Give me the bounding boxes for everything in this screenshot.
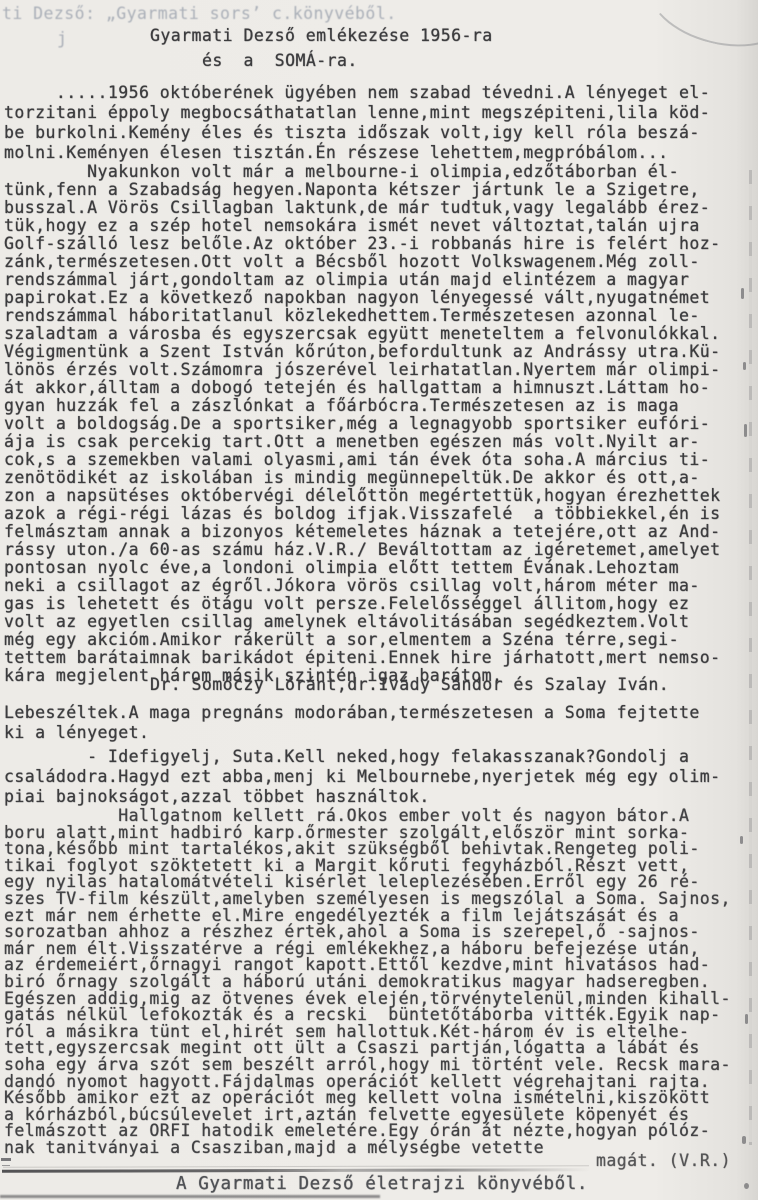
paragraph-soma-story: Hallgatnom kellett rá.Okos ember volt és…: [4, 808, 731, 1156]
paragraph-intro: .....1956 októberének ügyében nem szabad…: [4, 83, 710, 163]
bottom-edge-streak: [0, 1195, 380, 1198]
document-title-line2: és a SOMÁ-ra.: [202, 52, 358, 70]
right-margin-mark: [740, 836, 743, 844]
names-line: Dr. Somóczy Lóránt,dr.Ivády Sándor és Sz…: [150, 676, 669, 694]
right-margin-mark: [745, 1014, 748, 1024]
right-margin-mark: [742, 1136, 746, 1144]
typewritten-document-page: ti Dezső: „Gyarmati sors’ c.könyvéből. j…: [0, 0, 758, 1200]
right-margin-mark: [744, 424, 747, 437]
stray-typed-mark: j: [57, 30, 67, 48]
right-margin-mark: [744, 1183, 749, 1189]
right-margin-mark: [741, 288, 744, 299]
bottom-left-scan-mark: [1, 1158, 11, 1161]
pencil-underline-artifact: [2, 1168, 590, 1173]
document-title-line1: Gyarmati Dezső emlékezése 1956-ra: [150, 27, 493, 45]
paragraph-olympia-1956: Nyakunkon volt már a melbourne-i olimpia…: [4, 163, 721, 685]
offset-line-ending-initials: magát. (V.R.): [596, 1152, 731, 1170]
paragraph-lebeszeltek: Lebeszéltek.A maga pregnáns modorában,te…: [4, 703, 700, 743]
footer-caption: A Gyarmati Dezső életrajzi könyvéből.: [176, 1175, 588, 1193]
right-margin-mark: [743, 362, 746, 370]
top-right-scan-curve: [640, 0, 758, 60]
paragraph-quote-soma: - Idefigyelj, Suta.Kell neked,hogy felak…: [4, 747, 721, 807]
right-page-edge-line: [749, 170, 752, 1145]
faded-source-caption: ti Dezső: „Gyarmati sors’ c.könyvéből.: [2, 5, 397, 23]
